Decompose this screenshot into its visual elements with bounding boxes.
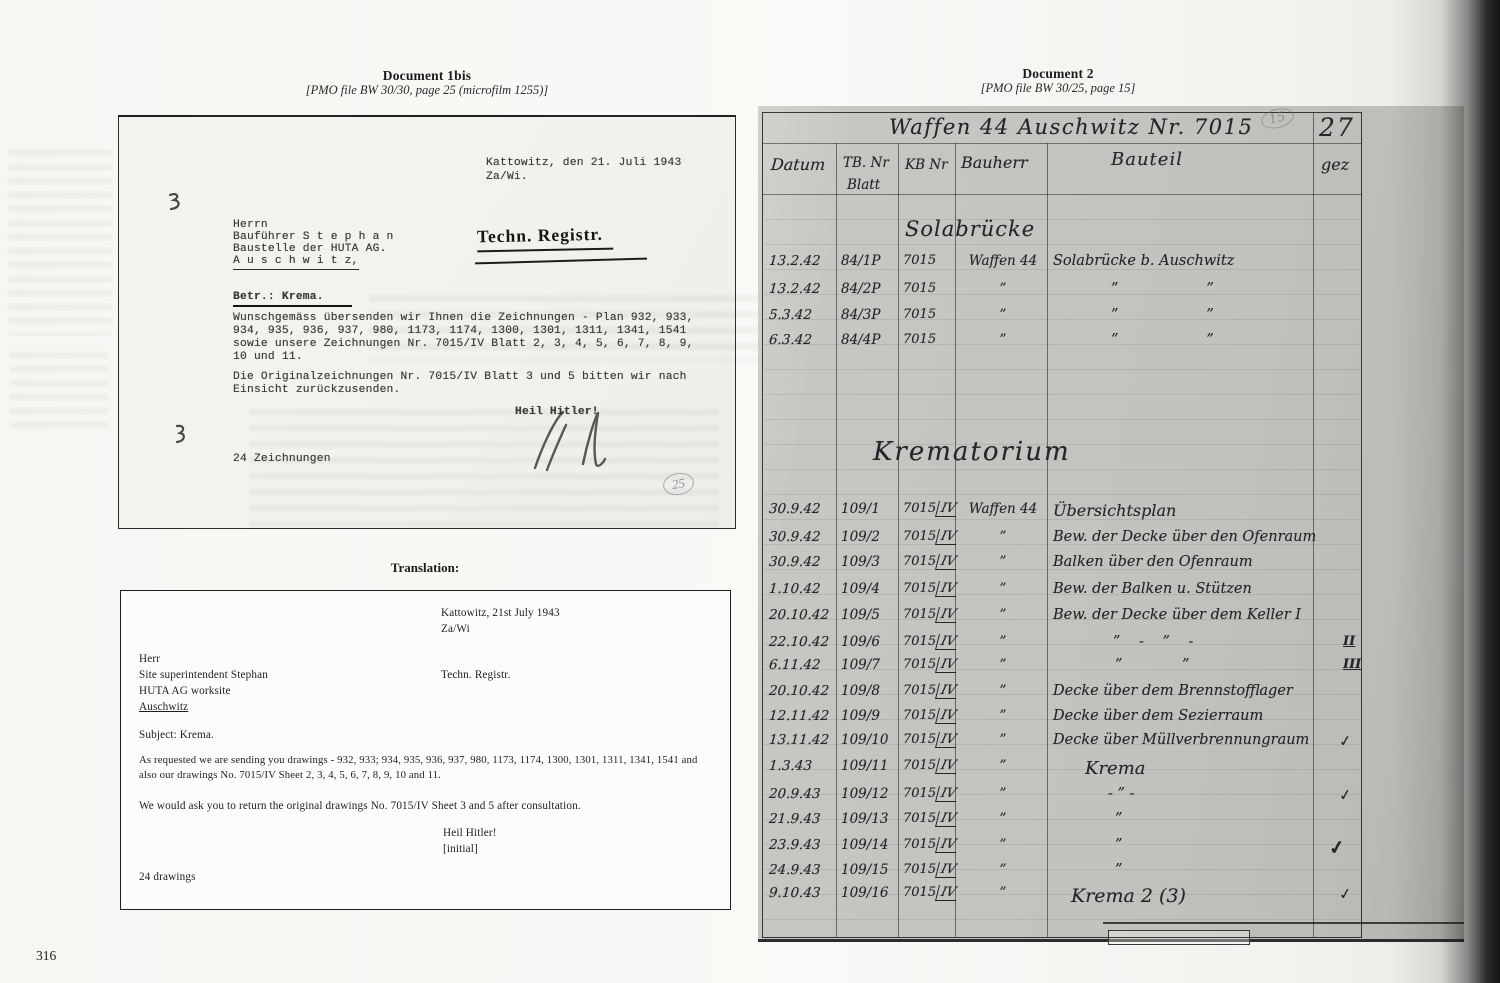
ledger-table: Waffen 44 Auschwitz Nr. 7015 15 27 gez D… xyxy=(762,112,1362,938)
ledger-cell: 1.3.43 xyxy=(768,758,812,774)
ink-mark xyxy=(167,191,183,213)
kb-sheet-suffix: IV xyxy=(935,529,960,545)
ledger-cell: 7015IV xyxy=(903,581,958,597)
ledger-title: Waffen 44 Auschwitz Nr. 7015 xyxy=(889,115,1253,139)
ledger-cell: ”” xyxy=(1053,332,1214,348)
ledger-cell: Waffen 44 xyxy=(959,501,1047,517)
trans-initial: [initial] xyxy=(443,843,478,855)
ledger-cell: 9.10.43 xyxy=(768,885,821,901)
kb-sheet-suffix: IV xyxy=(935,862,960,878)
ledger-row: 30.9.42109/27015IV”Bew. der Decke über d… xyxy=(763,529,1361,555)
ledger-cell: ” xyxy=(959,607,1047,623)
ledger-cell: ” xyxy=(959,529,1047,545)
trans-para1: As requested we are sending you drawings… xyxy=(139,753,717,783)
ledger-cell: 7015IV xyxy=(903,862,958,878)
column-kb-nr: KB Nr xyxy=(905,157,948,173)
ledger-cell: 109/13 xyxy=(841,811,889,827)
ledger-scan: Waffen 44 Auschwitz Nr. 7015 15 27 gez D… xyxy=(758,106,1464,942)
ledger-cell: ” xyxy=(959,786,1047,802)
ledger-cell: ” xyxy=(959,634,1047,650)
column-bauteil: Bauteil xyxy=(1111,149,1183,170)
ledger-cell: 7015 xyxy=(903,281,936,296)
ledger-cell: ” xyxy=(959,683,1047,699)
letter-para2-l1: Die Originalzeichnungen Nr. 7015/IV Blat… xyxy=(233,371,687,384)
ledger-cell: Solabrücke b. Auschwitz xyxy=(1053,253,1234,269)
ledger-cell: ” xyxy=(959,307,1047,323)
translation-heading: Translation: xyxy=(118,560,732,576)
ledger-cell: 20.10.42 xyxy=(768,683,829,699)
doc2-source: [PMO file BW 30/25, page 15] xyxy=(758,81,1358,96)
letter-para1-l4: 10 und 11. xyxy=(233,351,303,364)
ledger-row: 5.3.4284/3P7015””” xyxy=(763,307,1361,333)
ledger-cell: 7015IV xyxy=(903,683,958,699)
letter-ref: Za/Wi. xyxy=(486,171,528,184)
ledger-cell: 13.2.42 xyxy=(768,281,821,297)
letter-bleedthrough xyxy=(249,409,719,527)
kb-sheet-suffix: IV xyxy=(935,607,960,623)
ledger-cell: Übersichtsplan xyxy=(1053,501,1176,520)
ledger-cell: Bew. der Balken u. Stützen xyxy=(1053,581,1252,597)
ledger-cell: ” xyxy=(959,862,1047,878)
book-page: Document 1bis [PMO file BW 30/30, page 2… xyxy=(0,0,1500,983)
ledger-cell: 7015 xyxy=(903,253,936,268)
ledger-row: 20.10.42109/57015IV”Bew. der Decke über … xyxy=(763,607,1361,633)
ledger-cell: Krema xyxy=(1085,758,1146,779)
ledger-cell: 109/4 xyxy=(841,581,880,597)
ledger-cell: 7015IV xyxy=(903,837,958,853)
ledger-cell: 109/2 xyxy=(841,529,880,545)
ledger-cell: 7015 xyxy=(903,332,936,347)
ledger-cell: 7015IV xyxy=(903,634,958,650)
ledger-row: 30.9.42109/17015IVWaffen 44Übersichtspla… xyxy=(763,501,1361,527)
doc1-heading: Document 1bis xyxy=(118,68,736,84)
ledger-cell: ✓ xyxy=(1328,836,1347,860)
ledger-row: 13.11.42109/107015IV”Decke über Müllverb… xyxy=(763,732,1361,758)
ledger-cell: 109/14 xyxy=(841,837,889,853)
ledger-cell: ” ” xyxy=(1115,657,1189,673)
letter-para1-l3: sowie unsere Zeichnungen Nr. 7015/IV Bla… xyxy=(233,338,694,351)
trans-stamp: Techn. Registr. xyxy=(441,669,511,681)
ledger-cell: Bew. der Decke über dem Keller I xyxy=(1053,607,1301,623)
book-page-number: 316 xyxy=(36,948,56,964)
ledger-cell: 7015IV xyxy=(903,811,958,827)
ledger-cell: ” xyxy=(1115,811,1122,827)
ink-mark xyxy=(173,423,189,445)
ledger-cell: ” xyxy=(959,811,1047,827)
ledger-cell: 7015IV xyxy=(903,607,958,623)
ledger-cell: 84/4P xyxy=(841,332,880,348)
column-tb-nr: TB. Nr xyxy=(843,155,889,171)
ledger-cell: Balken über den Ofenraum xyxy=(1053,554,1253,570)
ledger-row: 12.11.42109/97015IV”Decke über dem Sezie… xyxy=(763,708,1361,734)
ledger-cell: 21.9.43 xyxy=(768,811,821,827)
ledger-cell: ” xyxy=(959,581,1047,597)
trans-dateline: Kattowitz, 21st July 1943 xyxy=(441,607,560,619)
ledger-cell: 109/6 xyxy=(841,634,880,650)
techn-registr-stamp: Techn. Registr. xyxy=(477,224,614,253)
ledger-row: 9.10.43109/167015IV”Krema 2 (3)✓ xyxy=(763,885,1361,911)
letter-enclosure: 24 Zeichnungen xyxy=(233,453,331,466)
ledger-cell: 109/3 xyxy=(841,554,880,570)
letter-para1-l2: 934, 935, 936, 937, 980, 1173, 1174, 130… xyxy=(233,325,687,338)
ledger-cell: ” xyxy=(959,708,1047,724)
ledger-row: 1.3.43109/117015IV”Krema xyxy=(763,758,1361,784)
ledger-cell: 109/16 xyxy=(841,885,889,901)
ledger-cell: ” xyxy=(959,332,1047,348)
ledger-cell: III xyxy=(1343,657,1361,672)
trans-recipient-4: Auschwitz xyxy=(139,701,188,713)
ledger-cell: Krema 2 (3) xyxy=(1071,885,1186,907)
letter-para2-l2: Einsicht zurückzusenden. xyxy=(233,384,401,397)
ledger-cell: 109/10 xyxy=(841,732,889,748)
ledger-cell: 7015IV xyxy=(903,657,958,673)
ledger-cell: 109/15 xyxy=(841,862,889,878)
ledger-cell: ” xyxy=(1115,837,1122,853)
letter-recipient-4: A u s c h w i t z, xyxy=(233,255,359,270)
ledger-cell: 109/8 xyxy=(841,683,880,699)
column-bauherr: Bauherr xyxy=(961,153,1028,172)
ledger-cell: ” - ” - xyxy=(1113,634,1193,650)
doc1-source: [PMO file BW 30/30, page 25 (microfilm 1… xyxy=(118,83,736,98)
ledger-cell: 7015IV xyxy=(903,501,958,517)
kb-sheet-suffix: IV xyxy=(935,811,960,827)
ledger-cell: ” xyxy=(959,732,1047,748)
ledger-row: 20.10.42109/87015IV”Decke über dem Brenn… xyxy=(763,683,1361,709)
kb-sheet-suffix: IV xyxy=(935,786,960,802)
trans-enclosure: 24 drawings xyxy=(139,871,196,883)
letter-subject: Betr.: Krema. xyxy=(233,291,352,307)
ledger-cell: 20.9.43 xyxy=(768,786,821,802)
trans-ref: Za/Wi xyxy=(441,623,470,635)
doc2-heading: Document 2 xyxy=(758,66,1358,82)
ledger-row: 6.11.42109/77015IV”” ”III xyxy=(763,657,1361,683)
ledger-cell: ”” xyxy=(1053,281,1214,297)
ledger-cell: 12.11.42 xyxy=(768,708,829,724)
ledger-cell: 7015IV xyxy=(903,708,958,724)
margin-bleedthrough xyxy=(10,352,108,430)
ledger-row: 13.2.4284/2P7015””” xyxy=(763,281,1361,307)
grid-hline xyxy=(763,194,1361,195)
ledger-cell: 6.3.42 xyxy=(768,332,812,348)
kb-sheet-suffix: IV xyxy=(935,837,960,853)
ledger-cell: 109/12 xyxy=(841,786,889,802)
ledger-cell: 7015 xyxy=(903,307,936,322)
ledger-cell: ”” xyxy=(1053,307,1214,323)
ledger-cell: 109/7 xyxy=(841,657,880,673)
trans-recipient-2: Site superintendent Stephan xyxy=(139,669,268,681)
ledger-cell: Decke über dem Sezierraum xyxy=(1053,708,1263,724)
ledger-row: 13.2.4284/1P7015Waffen 44Solabrücke b. A… xyxy=(763,253,1361,279)
ledger-corner-number: 27 xyxy=(1319,113,1355,142)
ledger-cell: Waffen 44 xyxy=(959,253,1047,269)
kb-sheet-suffix: IV xyxy=(935,708,960,724)
ledger-cell: 5.3.42 xyxy=(768,307,812,323)
margin-bleedthrough xyxy=(8,150,112,335)
ledger-row: 30.9.42109/37015IV”Balken über den Ofenr… xyxy=(763,554,1361,580)
letter-para1-l1: Wunschgemäss übersenden wir Ihnen die Ze… xyxy=(233,312,694,325)
ledger-cell: 23.9.43 xyxy=(768,837,821,853)
ledger-cell: 30.9.42 xyxy=(768,529,821,545)
ledger-cell: 1.10.42 xyxy=(768,581,821,597)
ledger-cell: 30.9.42 xyxy=(768,554,821,570)
ledger-cell: 7015IV xyxy=(903,554,958,570)
ledger-cell: ” xyxy=(959,885,1047,901)
stamp-underline xyxy=(475,258,647,265)
ledger-cell: 7015IV xyxy=(903,732,958,748)
kb-sheet-suffix: IV xyxy=(935,732,960,748)
column-gez: gez xyxy=(1321,155,1349,174)
translation-box: Kattowitz, 21st July 1943 Za/Wi Herr Sit… xyxy=(120,590,731,910)
ledger-cell: ✓ xyxy=(1338,731,1353,751)
column-tb-blatt: Blatt xyxy=(847,177,880,193)
ledger-cell: 7015IV xyxy=(903,786,958,802)
ledger-row: 6.3.4284/4P7015””” xyxy=(763,332,1361,358)
ledger-cell: 20.10.42 xyxy=(768,607,829,623)
ledger-cell: Decke über Müllverbrennungraum xyxy=(1053,732,1309,748)
ledger-cell: 6.11.42 xyxy=(768,657,821,673)
trans-closing: Heil Hitler! xyxy=(443,827,497,839)
ledger-cell: 13.11.42 xyxy=(768,732,829,748)
ledger-cell: ✓ xyxy=(1338,785,1353,805)
letter-scan: Kattowitz, den 21. Juli 1943 Za/Wi. Herr… xyxy=(118,115,736,529)
kb-sheet-suffix: IV xyxy=(935,885,960,901)
kb-sheet-suffix: IV xyxy=(935,634,960,650)
ledger-cell: - ” - xyxy=(1108,786,1134,802)
kb-sheet-suffix: IV xyxy=(935,657,960,673)
ledger-cell: ” xyxy=(959,837,1047,853)
ledger-row: 20.9.43109/127015IV”- ” -✓ xyxy=(763,786,1361,812)
trans-para2: We would ask you to return the original … xyxy=(139,799,717,814)
ledger-cell: 7015IV xyxy=(903,529,958,545)
trans-recipient-3: HUTA AG worksite xyxy=(139,685,231,697)
ledger-cell: Decke über dem Brennstofflager xyxy=(1053,683,1293,699)
ledger-cell: ” xyxy=(959,554,1047,570)
ledger-cell: 22.10.42 xyxy=(768,634,829,650)
section-krematorium: Krematorium xyxy=(873,437,1071,467)
ledger-cell: 109/9 xyxy=(841,708,880,724)
grid-hline xyxy=(763,143,1361,144)
kb-sheet-suffix: IV xyxy=(935,581,960,597)
ledger-cell: 109/11 xyxy=(841,758,889,774)
ledger-cell: 30.9.42 xyxy=(768,501,821,517)
kb-sheet-suffix: IV xyxy=(935,501,960,517)
ledger-cell: 84/1P xyxy=(841,253,880,269)
ledger-cell: ” xyxy=(959,758,1047,774)
trans-subject: Subject: Krema. xyxy=(139,729,214,741)
ledger-cell: II xyxy=(1343,634,1355,649)
signature-initials xyxy=(517,410,617,474)
ledger-cell: 7015IV xyxy=(903,885,958,901)
ledger-row: 21.9.43109/137015IV”” xyxy=(763,811,1361,837)
column-datum: Datum xyxy=(770,155,826,174)
ledger-cell: 7015IV xyxy=(903,758,958,774)
ledger-cell: 84/2P xyxy=(841,281,880,297)
ledger-cell: Bew. der Decke über den Ofenraum xyxy=(1053,529,1316,545)
ledger-cell: 109/5 xyxy=(841,607,880,623)
ledger-row: 23.9.43109/147015IV””✓ xyxy=(763,837,1361,863)
ledger-cell: ” xyxy=(1115,862,1122,878)
ledger-cell: 24.9.43 xyxy=(768,862,821,878)
letter-dateline: Kattowitz, den 21. Juli 1943 xyxy=(486,157,681,170)
ledger-cell: 13.2.42 xyxy=(768,253,821,269)
kb-sheet-suffix: IV xyxy=(935,758,960,774)
ledger-circled-number: 15 xyxy=(1259,105,1295,131)
ledger-cell: ” xyxy=(959,281,1047,297)
kb-sheet-suffix: IV xyxy=(935,554,960,570)
kb-sheet-suffix: IV xyxy=(935,683,960,699)
ledger-cell: 84/3P xyxy=(841,307,880,323)
ledger-cell: ✓ xyxy=(1338,884,1353,904)
ledger-row: 1.10.42109/47015IV”Bew. der Balken u. St… xyxy=(763,581,1361,607)
ledger-cell: ” xyxy=(959,657,1047,673)
trans-recipient-1: Herr xyxy=(139,653,160,665)
ledger-cell: 109/1 xyxy=(841,501,880,517)
section-solabruecke: Solabrücke xyxy=(905,217,1035,241)
